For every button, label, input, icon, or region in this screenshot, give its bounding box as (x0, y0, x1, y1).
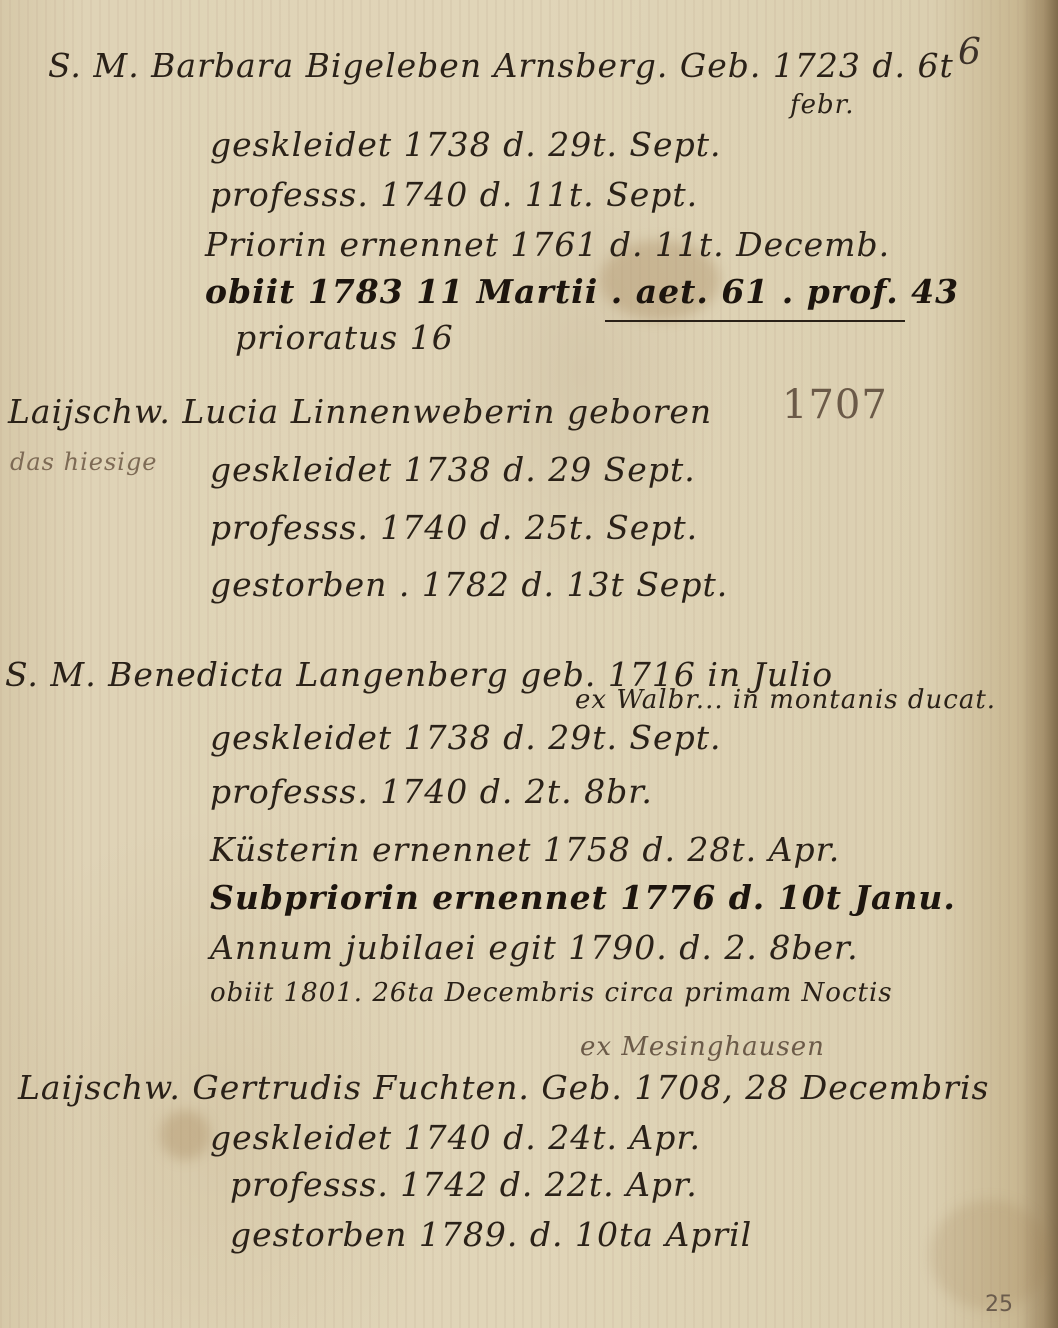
entry-line: geskleidet 1740 d. 24t. Apr. (210, 1118, 701, 1157)
entry-line: prioratus 16 (235, 318, 454, 357)
entry-line: geskleidet 1738 d. 29t. Sept. (210, 125, 721, 164)
entry-line: obiit 1783 11 Martii . aet. 61 . prof. 4… (205, 272, 959, 311)
entry-heading: S. M. Barbara Bigeleben Arnsberg. Geb. 1… (48, 46, 954, 85)
entry-line: Annum jubilaei egit 1790. d. 2. 8ber. (210, 928, 859, 967)
paper-stain (160, 1110, 210, 1160)
entry-line: Küsterin ernennet 1758 d. 28t. Apr. (210, 830, 840, 869)
entry-line: gestorben 1789. d. 10ta April (230, 1215, 752, 1254)
entry-line: professs. 1740 d. 11t. Sept. (210, 175, 698, 214)
entry-line: geskleidet 1738 d. 29 Sept. (210, 450, 696, 489)
side-note-year: 1707 (782, 382, 888, 428)
underline-rule (605, 320, 905, 322)
corner-mark: 6 (958, 32, 981, 73)
interlinear-note: ex Mesinghausen (580, 1032, 825, 1062)
entry-line: Priorin ernennet 1761 d. 11t. Decemb. (205, 225, 890, 264)
entry-heading: Laijschw. Gertrudis Fuchten. Geb. 1708, … (18, 1068, 989, 1107)
entry-line: professs. 1742 d. 22t. Apr. (230, 1165, 698, 1204)
entry-heading: Laijschw. Lucia Linnenweberin geboren (8, 392, 712, 431)
page-edge-shadow (1022, 0, 1058, 1328)
manuscript-page: 6 S. M. Barbara Bigeleben Arnsberg. Geb.… (0, 0, 1058, 1328)
entry-line: obiit 1801. 26ta Decembris circa primam … (210, 978, 893, 1008)
entry-line: geskleidet 1738 d. 29t. Sept. (210, 718, 721, 757)
heading-continuation: febr. (790, 90, 855, 120)
entry-line: professs. 1740 d. 2t. 8br. (210, 772, 653, 811)
page-number: 25 (985, 1292, 1013, 1317)
entry-line: professs. 1740 d. 25t. Sept. (210, 508, 698, 547)
entry-line: gestorben . 1782 d. 13t Sept. (210, 565, 728, 604)
margin-note: das hiesige (10, 448, 158, 476)
entry-line: Subpriorin ernennet 1776 d. 10t Janu. (210, 878, 956, 917)
interlinear-note: ex Walbr... in montanis ducat. (575, 685, 996, 715)
